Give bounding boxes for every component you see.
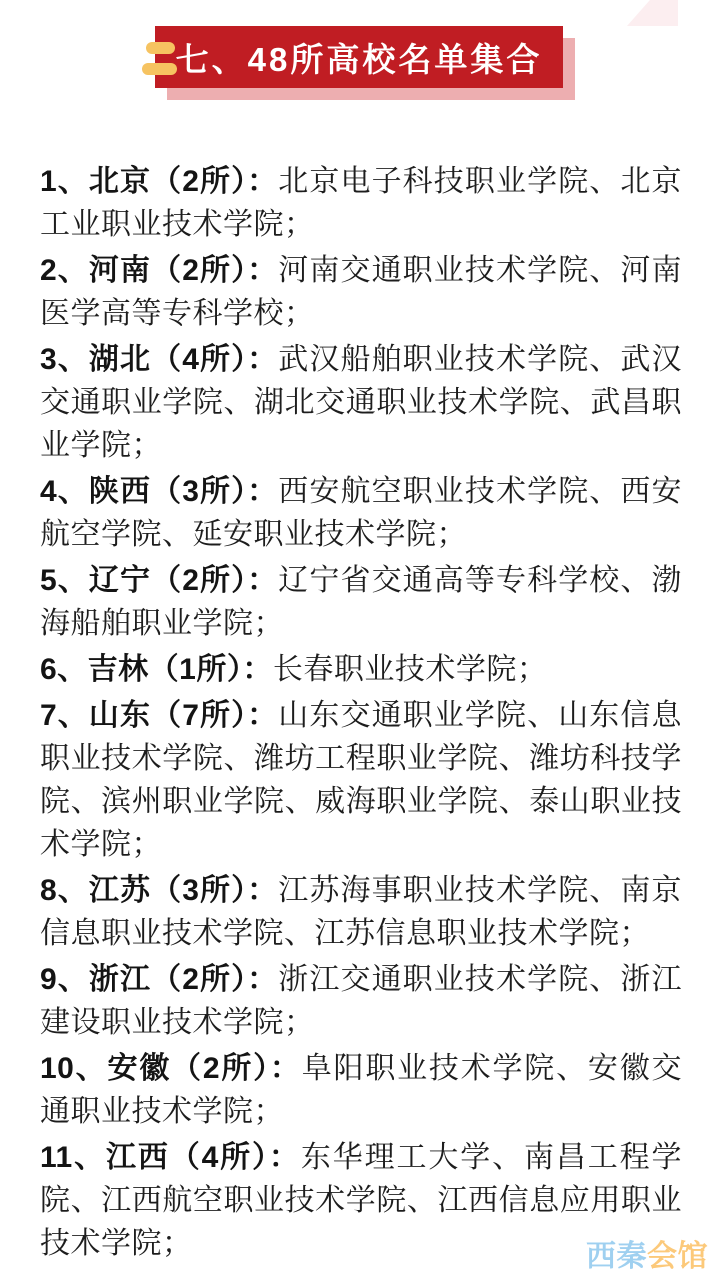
province-list-item: 9、浙江（2所）：浙江交通职业技术学院、浙江建设职业技术学院； bbox=[40, 958, 682, 1044]
province-list-item: 2、河南（2所）：河南交通职业技术学院、河南医学高等专科学校； bbox=[40, 249, 682, 335]
province-list-item: 4、陕西（3所）：西安航空职业技术学院、西安航空学院、延安职业技术学院； bbox=[40, 470, 682, 556]
province-list-item: 3、湖北（4所）：武汉船舶职业技术学院、武汉交通职业学院、湖北交通职业技术学院、… bbox=[40, 338, 682, 467]
province-list-item: 5、辽宁（2所）：辽宁省交通高等专科学校、渤海船舶职业学院； bbox=[40, 559, 682, 645]
province-label: 9、浙江（2所）： bbox=[40, 963, 278, 996]
watermark-text-huiguan: 会馆 bbox=[647, 1240, 708, 1273]
banner: 七、48所高校名单集合 bbox=[155, 26, 563, 88]
province-label: 2、河南（2所）： bbox=[40, 254, 278, 287]
province-list-item: 8、江苏（3所）：江苏海事职业技术学院、南京信息职业技术学院、江苏信息职业技术学… bbox=[40, 869, 682, 955]
province-label: 4、陕西（3所）： bbox=[40, 475, 278, 508]
province-label: 1、北京（2所）： bbox=[40, 165, 278, 198]
corner-triangle-decoration bbox=[627, 0, 678, 26]
accent-dash-icon bbox=[146, 42, 175, 54]
province-list: 1、北京（2所）：北京电子科技职业学院、北京工业职业技术学院； 2、河南（2所）… bbox=[40, 160, 682, 1268]
province-label: 10、安徽（2所）： bbox=[40, 1052, 302, 1085]
province-label: 5、辽宁（2所）： bbox=[40, 564, 278, 597]
province-label: 3、湖北（4所）： bbox=[40, 343, 278, 376]
watermark-text-xiqin: 西秦 bbox=[586, 1240, 647, 1273]
province-list-item: 10、安徽（2所）：阜阳职业技术学院、安徽交通职业技术学院； bbox=[40, 1047, 682, 1133]
province-label: 11、江西（4所）： bbox=[40, 1141, 301, 1174]
province-label: 7、山东（7所）： bbox=[40, 699, 278, 732]
watermark: 西秦会馆 bbox=[586, 1231, 708, 1274]
province-list-item: 6、吉林（1所）：长春职业技术学院； bbox=[40, 648, 682, 691]
section-title: 七、48所高校名单集合 bbox=[176, 34, 543, 81]
page: 七、48所高校名单集合 1、北京（2所）：北京电子科技职业学院、北京工业职业技术… bbox=[0, 0, 720, 1274]
accent-dash-icon bbox=[142, 63, 177, 75]
province-list-item: 1、北京（2所）：北京电子科技职业学院、北京工业职业技术学院； bbox=[40, 160, 682, 246]
province-label: 6、吉林（1所）： bbox=[40, 653, 273, 686]
province-list-item: 7、山东（7所）：山东交通职业学院、山东信息职业技术学院、潍坊工程职业学院、潍坊… bbox=[40, 694, 682, 866]
province-label: 8、江苏（3所）： bbox=[40, 874, 278, 907]
schools-text: 长春职业技术学院； bbox=[273, 653, 548, 686]
